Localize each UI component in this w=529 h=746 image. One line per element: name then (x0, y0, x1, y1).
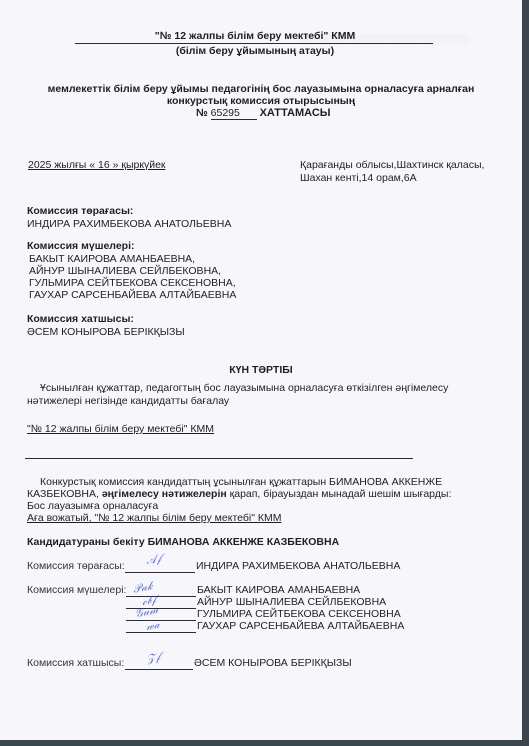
decision-bold-phrase: әңгімелесу нәтижелерін (102, 488, 227, 500)
sig-member-4: ГАУХАР САРСЕНБАЙЕВА АЛТАЙБАЕВНА (197, 620, 404, 632)
secretary-label: Комиссия хатшысы: (27, 313, 134, 325)
decision-line2: КАЗБЕКОВНА, әңгімелесу нәтижелерін қарап… (27, 488, 451, 500)
location-line1: Қарағанды облысы,Шахтинск қаласы, (300, 159, 484, 171)
protocol-number: 65295 (211, 107, 257, 120)
title-line1: мемлекеттік білім беру ұйымы педагогінің… (0, 83, 522, 95)
sig-chair-name: ИНДИРА РАХИМБЕКОВА АНАТОЛЬЕВНА (196, 560, 400, 572)
org-caption: (білім беру ұйымының атауы) (75, 45, 435, 57)
chair-name: ИНДИРА РАХИМБЕКОВА АНАТОЛЬЕВНА (27, 218, 231, 230)
member-4: ГАУХАР САРСЕНБАЙЕВА АЛТАЙБАЕВНА (29, 289, 236, 301)
members-label: Комиссия мүшелері: (27, 240, 134, 252)
sig-member-3: ГУЛЬМИРА СЕЙТБЕКОВА СЕКСЕНОВНА (197, 608, 401, 620)
location-line2: Шахан кенті,14 орам,6А (300, 172, 417, 184)
sig-member-1: БАКЫТ КАИРОВА АМАНБАЕВНА (197, 584, 360, 596)
approve-prefix: Кандидатураны бекіту (27, 536, 148, 548)
member-3: ГУЛЬМИРА СЕЙТБЕКОВА СЕКСЕНОВНА, (29, 277, 236, 289)
approve-line: Кандидатураны бекіту БИМАНОВА АККЕНЖЕ КА… (27, 536, 339, 548)
protocol-date: 2025 жылғы « 16 » қыркүйек (28, 159, 166, 171)
sig-chair-line (125, 572, 195, 573)
sig-members-label: Комиссия мүшелері: (27, 584, 126, 596)
agenda-heading: КҮН ТӘРТІБІ (0, 364, 522, 376)
secretary-name: ӘСЕМ КОНЫРОВА БЕРІКҚЫЗЫ (27, 326, 185, 338)
decision-candidate-tail: КАЗБЕКОВНА, (27, 488, 102, 500)
sig-member-line-4 (126, 632, 196, 633)
sig-secretary-line (125, 669, 193, 670)
signature-secretary: 𝒵𝒻 (146, 650, 162, 666)
sig-secretary-name: ӘСЕМ КОНЫРОВА БЕРІКҚЫЗЫ (194, 657, 352, 669)
signature-member-4: 𝓌𝒶 (145, 618, 161, 635)
chair-label: Комиссия төрағасы: (27, 205, 133, 217)
member-1: БАКЫТ КАИРОВА АМАНБАЕВНА, (29, 253, 195, 265)
decision-line1: Конкурстық комиссия кандидаттың ұсынылға… (40, 476, 442, 488)
protocol-title: ХАТТАМАСЫ (260, 107, 331, 119)
sig-secretary-label: Комиссия хатшысы: (27, 657, 124, 669)
decision-position: Аға вожатый, "№ 12 жалпы білім беру мект… (27, 512, 281, 524)
title-line2: конкурстық комиссия отырысының (0, 95, 522, 107)
decision-line3: Бос лауазымға орналасуға (27, 500, 158, 512)
agenda-text-line1: Ұсынылған құжаттар, педагогтың бос лауаз… (40, 382, 448, 394)
decision-text: қарап, бірауыздан мынадай шешім шығарды: (227, 488, 452, 500)
sig-member-2: АЙНУР ШЫНАЛИЕВА СЕЙЛБЕКОВНА (197, 596, 386, 608)
agenda-text-line2: нәтижелері негізінде кандидатты бағалау (27, 395, 229, 407)
org-name: "№ 12 жалпы білім беру мектебі" КММ (75, 30, 435, 42)
signature-chair: 𝒜𝒻 (145, 552, 163, 569)
sig-chair-label: Комиссия төрағасы: (27, 560, 125, 572)
protocol-number-line: № 65295 ХАТТАМАСЫ (196, 107, 331, 120)
org-underline (75, 43, 433, 44)
agenda-org: "№ 12 жалпы білім беру мектебі" КММ (27, 423, 214, 435)
agenda-divider (25, 458, 413, 459)
member-2: АЙНУР ШЫНАЛИЕВА СЕЙЛБЕКОВНА, (29, 265, 221, 277)
number-sign: № (196, 107, 208, 119)
approve-name: БИМАНОВА АККЕНЖЕ КАЗБЕКОВНА (148, 536, 340, 548)
document-page: ▒▒▒▒▒▒▒▒▒▒▒▒▒▒▒▒▒▒▒▒▒▒▒▒▒ "№ 12 жалпы бі… (0, 0, 522, 740)
